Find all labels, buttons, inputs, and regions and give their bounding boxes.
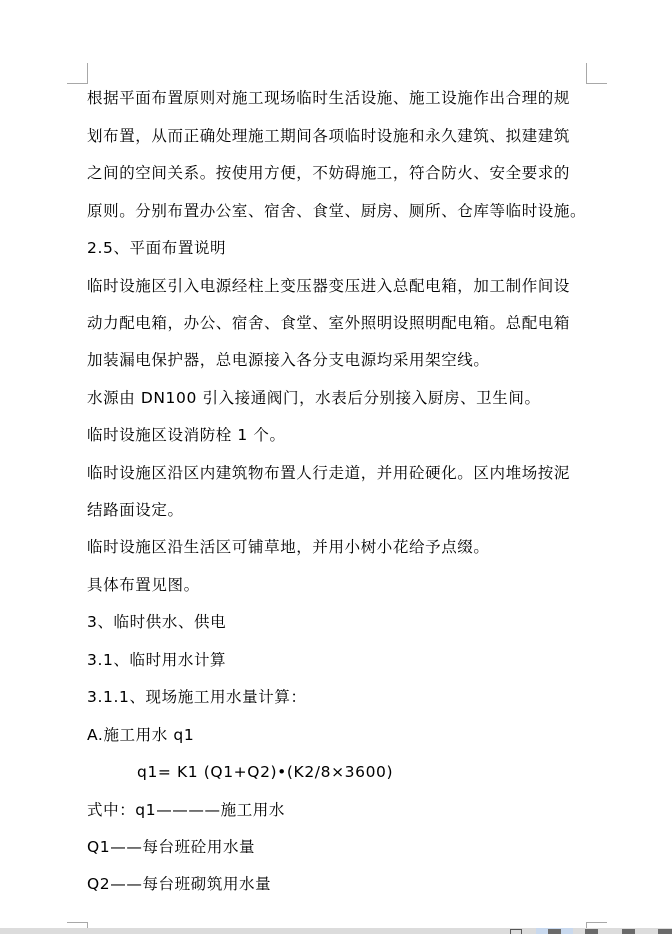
page-view-icon[interactable] [548,929,561,934]
text-line: 临时设施区沿区内建筑物布置人行走道，并用砼硬化。区内堆场按泥 [87,463,570,483]
text-line: 式中：q1————施工用水 [87,800,285,820]
status-bar [0,928,672,934]
text-line: 水源由 DN100 引入接通阀门，水表后分别接入厨房、卫生间。 [87,388,541,408]
margin-corner-top-right [586,63,607,84]
text-line: 之间的空间关系。按使用方便，不妨碍施工，符合防火、安全要求的 [87,163,570,183]
margin-corner-top-left [67,63,88,84]
fullscreen-icon[interactable] [510,929,522,934]
text-line: 3.1.1、现场施工用水量计算： [87,687,307,707]
outline-view-icon[interactable] [622,929,635,934]
text-line: 动力配电箱，办公、宿舍、食堂、室外照明设照明配电箱。总配电箱 [87,313,570,333]
document-page: 根据平面布置原则对施工现场临时生活设施、施工设施作出合理的规划布置，从而正确处理… [0,0,672,928]
text-line: A.施工用水 q1 [87,725,194,745]
text-line: 临时设施区引入电源经柱上变压器变压进入总配电箱，加工制作间设 [87,276,570,296]
text-line: Q2——每台班砌筑用水量 [87,874,271,894]
text-line: 临时设施区沿生活区可铺草地，并用小树小花给予点缀。 [87,537,490,557]
text-line: Q1——每台班砼用水量 [87,837,255,857]
text-line: 根据平面布置原则对施工现场临时生活设施、施工设施作出合理的规 [87,88,570,108]
text-line: 加装漏电保护器，总电源接入各分支电源均采用架空线。 [87,350,490,370]
text-line: 具体布置见图。 [87,575,200,595]
text-line: 划布置，从而正确处理施工期间各项临时设施和永久建筑、拟建建筑 [87,126,570,146]
text-line: q1= K1 (Q1+Q2)•(K2/8×3600) [137,762,393,782]
text-line: 结路面设定。 [87,500,184,520]
text-line: 3、临时供水、供电 [87,612,226,632]
text-line: 2.5、平面布置说明 [87,238,226,258]
text-line: 临时设施区设消防栓 1 个。 [87,425,286,445]
text-line: 原则。分别布置办公室、宿舍、食堂、厨房、厕所、仓库等临时设施。 [87,201,586,221]
text-line: 3.1、临时用水计算 [87,650,226,670]
web-view-icon[interactable] [585,929,598,934]
read-view-icon[interactable] [658,929,672,934]
